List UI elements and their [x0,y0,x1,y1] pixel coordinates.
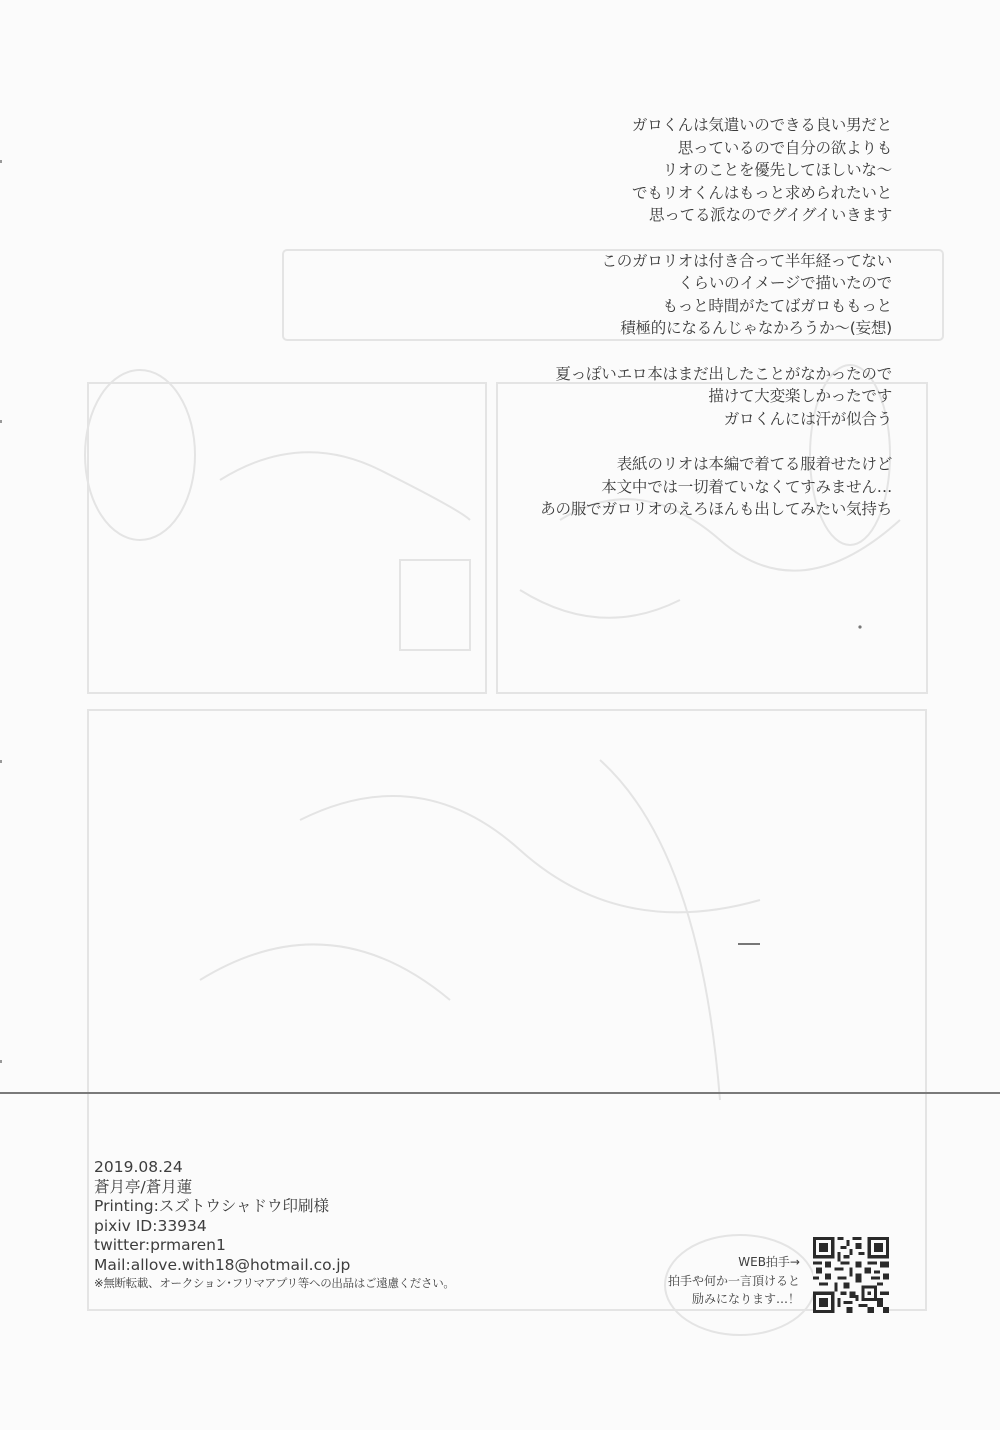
afterword-line: ガロくんには汗が似合う [540,408,892,431]
margin-mark [0,420,2,423]
colophon: 2019.08.24 蒼月亭/蒼月蓮 Printing:スズトウシャドウ印刷様 … [94,1158,455,1291]
web-clap-label: WEB拍手→ [668,1253,800,1272]
afterword-line: ガロくんは気遣いのできる良い男だと [540,114,892,137]
printer-credit: Printing:スズトウシャドウ印刷様 [94,1197,455,1217]
qr-code-icon[interactable] [813,1237,889,1313]
colophon-divider [0,1092,1000,1094]
margin-mark [0,760,2,763]
afterword-paragraph-3: 夏っぽいエロ本はまだ出したことがなかったので 描けて大変楽しかったです ガロくん… [540,363,892,431]
web-clap-note: WEB拍手→ 拍手や何か一言頂けると 励みになります…！ [668,1253,800,1309]
margin-mark [0,1060,2,1063]
afterword-line: くらいのイメージで描いたので [540,272,892,295]
afterword-paragraph-4: 表紙のリオは本編で着てる服着せたけど 本文中では一切着ていなくてすみません… あ… [540,453,892,521]
afterword-line: リオのことを優先してほしいな～ [540,159,892,182]
reproduction-notice: ※無断転載、オークション･フリマアプリ等への出品はご遠慮ください。 [94,1275,455,1291]
afterword-line: 思ってる派なのでグイグイいきます [540,204,892,227]
twitter-handle: twitter:prmaren1 [94,1236,455,1256]
web-clap-line: 励みになります…！ [668,1290,800,1309]
afterword-line: 本文中では一切着ていなくてすみません… [540,476,892,499]
contact-email: Mail:allove.with18@hotmail.co.jp [94,1256,455,1276]
afterword-text: ガロくんは気遣いのできる良い男だと 思っているので自分の欲よりも リオのことを優… [540,114,892,543]
afterword-line: あの服でガロリオのえろほんも出してみたい気持ち [540,498,892,521]
circle-author: 蒼月亭/蒼月蓮 [94,1178,455,1198]
afterword-paragraph-2: このガロリオは付き合って半年経ってない くらいのイメージで描いたので もっと時間… [540,250,892,340]
pixiv-id: pixiv ID:33934 [94,1217,455,1237]
afterword-line: 積極的になるんじゃなかろうか～(妄想) [540,317,892,340]
afterword-line: 夏っぽいエロ本はまだ出したことがなかったので [540,363,892,386]
web-clap-line: 拍手や何か一言頂けると [668,1272,800,1291]
margin-mark [0,160,2,163]
afterword-line: このガロリオは付き合って半年経ってない [540,250,892,273]
afterword-paragraph-1: ガロくんは気遣いのできる良い男だと 思っているので自分の欲よりも リオのことを優… [540,114,892,227]
afterword-line: 表紙のリオは本編で着てる服着せたけど [540,453,892,476]
afterword-line: 思っているので自分の欲よりも [540,137,892,160]
afterword-line: でもリオくんはもっと求められたいと [540,182,892,205]
afterword-line: 描けて大変楽しかったです [540,385,892,408]
publish-date: 2019.08.24 [94,1158,455,1178]
afterword-line: もっと時間がたてばガロももっと [540,295,892,318]
